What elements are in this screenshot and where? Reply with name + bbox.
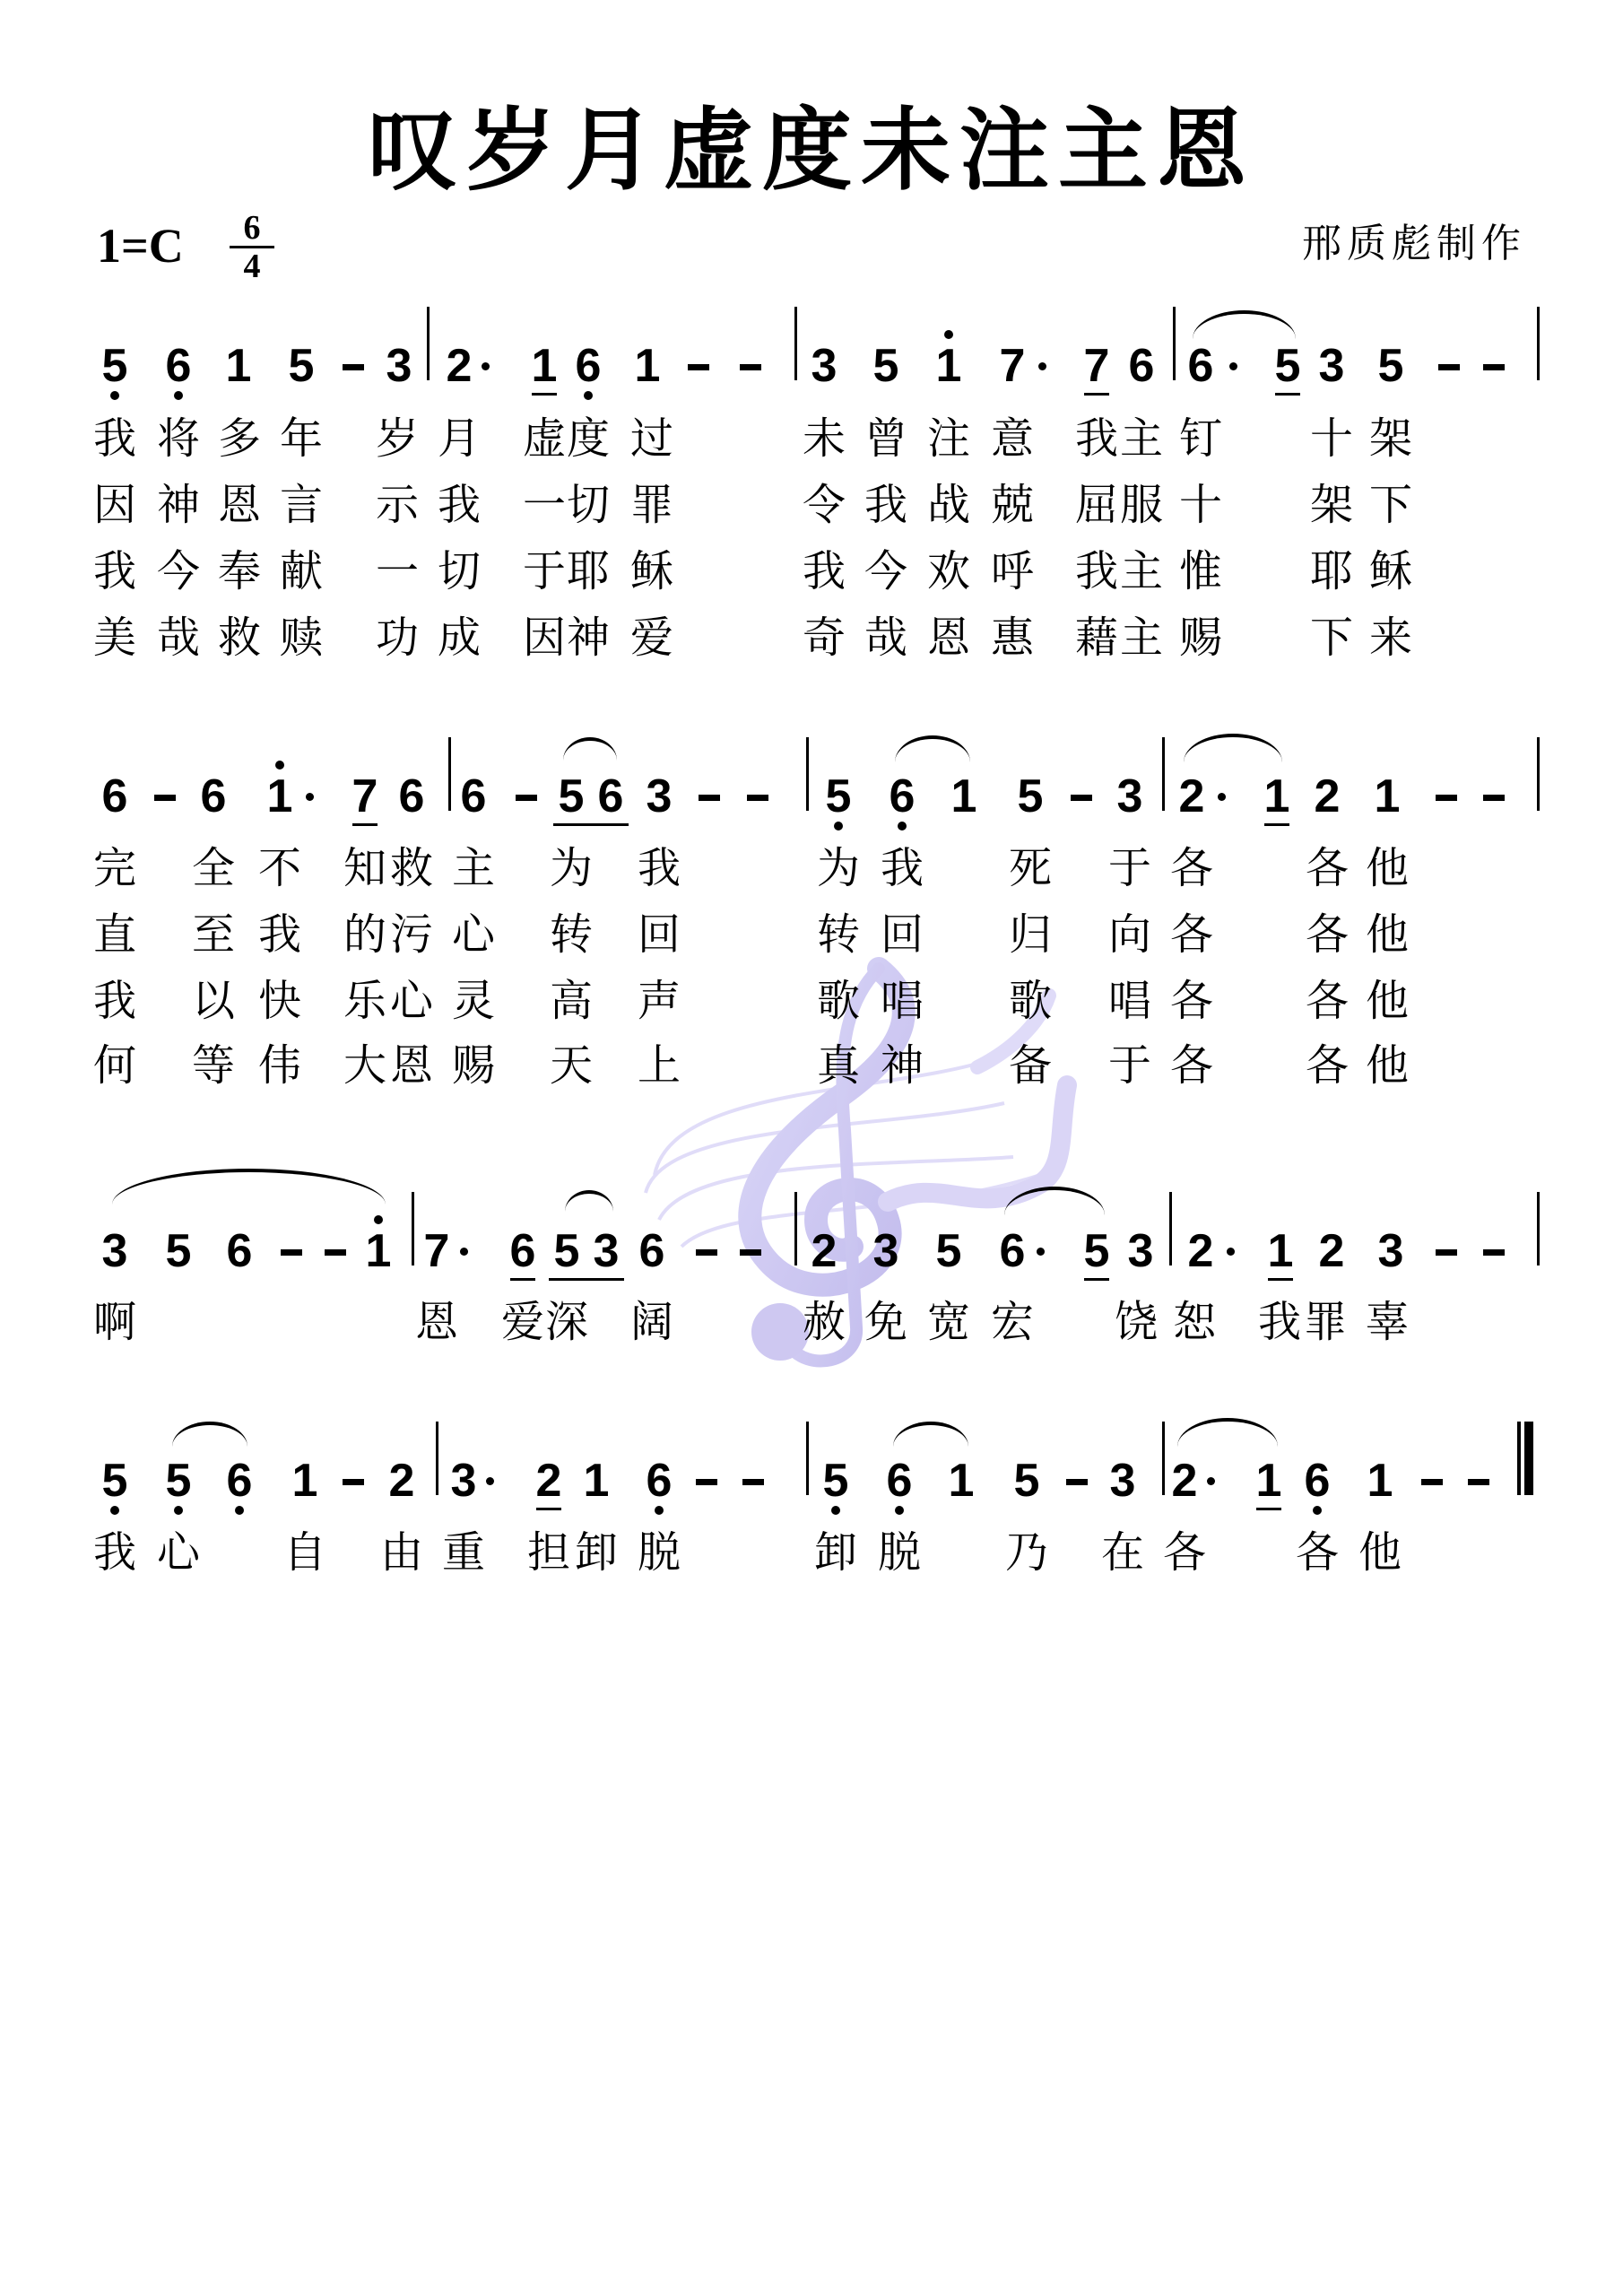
lyric-char: 我 xyxy=(861,480,911,530)
lyric-char: 转 xyxy=(813,909,864,960)
note-digit: 1 xyxy=(292,1455,318,1507)
lyric-char: 于 xyxy=(1105,1040,1155,1091)
note: 1 xyxy=(360,1228,396,1274)
note-digit: 6 xyxy=(598,770,624,822)
barline xyxy=(806,1422,809,1495)
lyric-char: 辜 xyxy=(1362,1297,1412,1347)
lyric-char: 在 xyxy=(1098,1527,1148,1578)
lyric-char: 年 xyxy=(276,413,326,464)
lyric-char: 我 xyxy=(1072,413,1122,464)
final-barline-thick xyxy=(1524,1422,1533,1495)
note: 5 xyxy=(161,1457,196,1504)
note-digit: 6 xyxy=(647,1455,673,1507)
lyric-char: 归 xyxy=(1005,909,1055,960)
note: 6 xyxy=(1299,1457,1335,1504)
low-octave-dot xyxy=(1313,1506,1322,1515)
high-octave-dot xyxy=(374,1215,383,1224)
lyric-char: 各 xyxy=(1167,909,1217,960)
lyric-char: 神 xyxy=(153,480,204,530)
note: 5 xyxy=(1373,343,1409,389)
lyric-char: 完 xyxy=(90,843,140,893)
lyric-char: 耶 xyxy=(1306,546,1357,596)
note-digit: 3 xyxy=(647,770,673,822)
note-digit: 5 xyxy=(289,340,315,392)
note-digit: 2 xyxy=(1319,1225,1345,1277)
lyric-char: 死 xyxy=(1005,843,1055,893)
note: 3 xyxy=(641,773,677,820)
low-octave-dot xyxy=(174,391,183,400)
note: 2 xyxy=(1167,1457,1202,1504)
lyric-char: 月 xyxy=(434,413,484,464)
lyric-char: 的 xyxy=(340,909,390,960)
note-digit: 3 xyxy=(1117,770,1143,822)
note: 1 xyxy=(262,773,298,820)
note-digit: 5 xyxy=(102,1455,128,1507)
lyric-char: 下 xyxy=(1366,480,1416,530)
note-digit: 1 xyxy=(1264,770,1290,822)
lyric-char: 快 xyxy=(255,976,305,1026)
note-digit: 6 xyxy=(639,1225,665,1277)
lyric-char: 高 xyxy=(546,976,596,1026)
lyric-char: 污 xyxy=(386,909,437,960)
barline xyxy=(1537,307,1540,380)
lyric-char: 全 xyxy=(188,843,239,893)
extension-dash xyxy=(343,364,364,370)
low-octave-dot xyxy=(895,1506,904,1515)
lyric-char: 于 xyxy=(1105,843,1155,893)
lyric-char: 由 xyxy=(377,1527,427,1578)
note-digit: 3 xyxy=(1319,340,1345,392)
lyric-char: 哉 xyxy=(153,613,204,663)
lyric-char: 我 xyxy=(1072,546,1122,596)
lyric-char: 将 xyxy=(153,413,204,464)
extension-dash xyxy=(1436,795,1457,801)
note: 6 xyxy=(505,1228,541,1274)
lyric-char: 虚 xyxy=(519,413,569,464)
note: 3 xyxy=(1105,1457,1141,1504)
lyric-char: 战 xyxy=(924,480,974,530)
note: 6 xyxy=(884,773,920,820)
note: 1 xyxy=(1369,773,1405,820)
lyric-char: 罪 xyxy=(1300,1297,1350,1347)
note-digit: 6 xyxy=(166,340,192,392)
lyric-char: 稣 xyxy=(627,546,677,596)
low-octave-dot xyxy=(898,822,907,831)
eighth-underline xyxy=(1256,1508,1281,1510)
lyric-char: 各 xyxy=(1159,1527,1210,1578)
note-digit: 6 xyxy=(890,770,916,822)
augmentation-dot xyxy=(1229,362,1237,370)
lyric-char: 恩 xyxy=(214,480,265,530)
lyric-char: 主 xyxy=(448,843,499,893)
lyric-char: 他 xyxy=(1355,1527,1405,1578)
note: 7 xyxy=(1079,343,1115,389)
low-octave-dot xyxy=(584,391,593,400)
lyric-char: 回 xyxy=(634,909,684,960)
note: 7 xyxy=(419,1228,455,1274)
lyric-char: 宏 xyxy=(987,1297,1037,1347)
note: 6 xyxy=(593,773,629,820)
note-digit: 5 xyxy=(166,1455,192,1507)
extension-dash xyxy=(1421,1479,1443,1485)
lyric-char: 因 xyxy=(90,480,140,530)
lyric-char: 钉 xyxy=(1176,413,1226,464)
lyric-char: 爱 xyxy=(627,613,677,663)
note: 5 xyxy=(1012,773,1048,820)
note: 5 xyxy=(1270,343,1306,389)
note-digit: 5 xyxy=(1018,770,1044,822)
lyric-char: 至 xyxy=(188,909,239,960)
note-digit: 3 xyxy=(102,1225,128,1277)
barline xyxy=(436,1422,438,1495)
low-octave-dot xyxy=(655,1506,664,1515)
low-octave-dot xyxy=(110,1506,119,1515)
barline xyxy=(427,307,430,380)
lyric-char: 服 xyxy=(1116,480,1167,530)
note-digit: 3 xyxy=(1110,1455,1136,1507)
lyric-char: 今 xyxy=(153,546,204,596)
lyric-char: 成 xyxy=(434,613,484,663)
barline xyxy=(1537,737,1540,811)
lyric-char: 未 xyxy=(799,413,849,464)
lyric-char: 藉 xyxy=(1072,613,1122,663)
lyric-char: 神 xyxy=(563,613,613,663)
note-digit: 2 xyxy=(536,1455,562,1507)
lyric-char: 献 xyxy=(276,546,326,596)
augmentation-dot xyxy=(482,362,490,370)
lyric-char: 为 xyxy=(546,843,596,893)
note: 1 xyxy=(1263,1228,1298,1274)
lyric-char: 阔 xyxy=(627,1297,677,1347)
note: 1 xyxy=(931,343,967,389)
lyric-char: 大 xyxy=(340,1040,390,1091)
note-digit: 1 xyxy=(635,340,661,392)
note-digit: 3 xyxy=(1378,1225,1404,1277)
lyric-char: 心 xyxy=(448,909,499,960)
note: 1 xyxy=(1362,1457,1398,1504)
note-digit: 7 xyxy=(1084,340,1110,392)
lyric-char: 呼 xyxy=(987,546,1037,596)
lyric-char: 啊 xyxy=(90,1297,140,1347)
lyric-char: 曾 xyxy=(861,413,911,464)
note: 2 xyxy=(806,1228,842,1274)
lyric-char: 他 xyxy=(1362,976,1412,1026)
note-digit: 6 xyxy=(1000,1225,1026,1277)
note: 3 xyxy=(806,343,842,389)
note: 1 xyxy=(526,343,562,389)
lyric-char: 唱 xyxy=(877,976,927,1026)
note-digit: 6 xyxy=(461,770,487,822)
augmentation-dot xyxy=(1227,1248,1235,1256)
note: 3 xyxy=(868,1228,904,1274)
lyric-char: 我 xyxy=(90,413,140,464)
extension-dash xyxy=(1071,795,1092,801)
lyric-char: 各 xyxy=(1302,1040,1352,1091)
eighth-underline xyxy=(1264,823,1289,826)
note: 6 xyxy=(881,1457,917,1504)
lyric-char: 各 xyxy=(1167,976,1217,1026)
note-digit: 6 xyxy=(227,1225,253,1277)
lyric-char: 救 xyxy=(386,843,437,893)
lyric-char: 各 xyxy=(1302,976,1352,1026)
lyric-char: 宽 xyxy=(924,1297,974,1347)
lyric-char: 天 xyxy=(546,1040,596,1091)
slur xyxy=(1004,1187,1105,1215)
lyric-char: 脱 xyxy=(634,1527,684,1578)
lyric-char: 知 xyxy=(340,843,390,893)
note: 6 xyxy=(221,1457,257,1504)
note: 1 xyxy=(1259,773,1295,820)
note: 1 xyxy=(1251,1457,1287,1504)
note: 5 xyxy=(868,343,904,389)
slur xyxy=(1184,734,1282,762)
note-digit: 1 xyxy=(1268,1225,1294,1277)
note: 6 xyxy=(221,1228,257,1274)
note: 6 xyxy=(161,343,196,389)
key-signature: 1=C xyxy=(97,219,184,273)
extension-dash xyxy=(1438,364,1460,370)
note: 3 xyxy=(1112,773,1148,820)
note-digit: 1 xyxy=(1367,1455,1393,1507)
note-digit: 2 xyxy=(1179,770,1205,822)
lyric-char: 卸 xyxy=(571,1527,621,1578)
lyric-char: 他 xyxy=(1362,1040,1412,1091)
note: 3 xyxy=(1373,1228,1409,1274)
note-digit: 2 xyxy=(811,1225,838,1277)
note: 2 xyxy=(1174,773,1210,820)
lyric-char: 伟 xyxy=(255,1040,305,1091)
lyric-char: 乃 xyxy=(1002,1527,1052,1578)
lyric-char: 功 xyxy=(372,613,422,663)
note-digit: 5 xyxy=(1084,1225,1110,1277)
note: 5 xyxy=(931,1228,967,1274)
lyric-char: 度 xyxy=(563,413,613,464)
augmentation-dot xyxy=(460,1248,468,1256)
note: 6 xyxy=(994,1228,1030,1274)
extension-dash xyxy=(1436,1249,1457,1256)
note-digit: 5 xyxy=(826,770,852,822)
note: 3 xyxy=(1314,343,1350,389)
eighth-underline xyxy=(1268,1278,1293,1281)
note-digit: 2 xyxy=(1172,1455,1198,1507)
barline xyxy=(1162,1422,1165,1495)
note-digit: 6 xyxy=(399,770,425,822)
note: 5 xyxy=(97,1457,133,1504)
lyric-char: 上 xyxy=(634,1040,684,1091)
low-octave-dot xyxy=(831,1506,840,1515)
song-title: 叹岁月虚度未注主恩 xyxy=(0,100,1623,199)
augmentation-dot xyxy=(1218,793,1226,801)
note: 2 xyxy=(384,1457,420,1504)
note: 6 xyxy=(634,1228,670,1274)
note-digit: 5 xyxy=(823,1455,849,1507)
note: 6 xyxy=(641,1457,677,1504)
barline xyxy=(794,1192,797,1265)
lyric-char: 十 xyxy=(1176,480,1226,530)
lyric-char: 深 xyxy=(542,1297,592,1347)
note-digit: 6 xyxy=(102,770,128,822)
author-credit: 邢质彪制作 xyxy=(1302,219,1526,269)
barline xyxy=(794,307,797,380)
lyric-char: 各 xyxy=(1292,1527,1342,1578)
eighth-underline xyxy=(553,823,629,826)
note-digit: 1 xyxy=(366,1225,392,1277)
lyric-char: 担 xyxy=(524,1527,574,1578)
lyric-char: 我 xyxy=(877,843,927,893)
time-signature-denominator: 4 xyxy=(230,250,274,283)
eighth-underline xyxy=(1084,1278,1109,1281)
note-digit: 5 xyxy=(1378,340,1404,392)
lyric-char: 一 xyxy=(372,546,422,596)
lyric-char: 架 xyxy=(1366,413,1416,464)
extension-dash xyxy=(281,1249,302,1256)
lyric-char: 为 xyxy=(813,843,864,893)
note-digit: 5 xyxy=(873,340,899,392)
lyric-char: 重 xyxy=(438,1527,489,1578)
note-digit: 5 xyxy=(559,770,585,822)
lyric-char: 十 xyxy=(1306,413,1357,464)
lyric-char: 过 xyxy=(627,413,677,464)
slur xyxy=(1177,1418,1278,1447)
note-digit: 5 xyxy=(936,1225,962,1277)
lyric-char: 示 xyxy=(372,480,422,530)
lyric-char: 令 xyxy=(799,480,849,530)
note: 6 xyxy=(1124,343,1159,389)
lyric-char: 下 xyxy=(1306,613,1357,663)
note: 1 xyxy=(946,773,982,820)
eighth-underline xyxy=(549,1278,624,1281)
lyric-char: 惟 xyxy=(1176,546,1226,596)
lyric-char: 不 xyxy=(255,843,305,893)
lyric-char: 免 xyxy=(861,1297,911,1347)
lyric-char: 多 xyxy=(214,413,265,464)
note-digit: 3 xyxy=(811,340,838,392)
lyric-char: 脱 xyxy=(874,1527,924,1578)
low-octave-dot xyxy=(834,822,843,831)
note-digit: 1 xyxy=(951,770,977,822)
note: 5 xyxy=(818,1457,854,1504)
lyric-char: 歌 xyxy=(813,976,864,1026)
note-digit: 6 xyxy=(1188,340,1214,392)
note: 5 xyxy=(283,343,319,389)
note: 3 xyxy=(1123,1228,1159,1274)
extension-dash xyxy=(343,1479,364,1485)
note: 1 xyxy=(943,1457,979,1504)
lyric-char: 切 xyxy=(563,480,613,530)
slur xyxy=(893,1422,968,1447)
low-octave-dot xyxy=(174,1506,183,1515)
lyric-char: 备 xyxy=(1005,1040,1055,1091)
lyric-char: 何 xyxy=(90,1040,140,1091)
extension-dash xyxy=(696,1249,717,1256)
extension-dash xyxy=(325,1249,346,1256)
lyric-char: 因 xyxy=(519,613,569,663)
lyric-char: 救 xyxy=(214,613,265,663)
extension-dash xyxy=(688,364,709,370)
augmentation-dot xyxy=(486,1477,494,1485)
lyric-char: 我 xyxy=(1254,1297,1305,1347)
lyric-char: 恩 xyxy=(924,613,974,663)
note: 2 xyxy=(531,1457,567,1504)
lyric-char: 意 xyxy=(987,413,1037,464)
lyric-char: 主 xyxy=(1116,413,1167,464)
lyric-char: 卸 xyxy=(811,1527,861,1578)
note-digit: 6 xyxy=(510,1225,536,1277)
note-digit: 2 xyxy=(447,340,473,392)
lyric-char: 稣 xyxy=(1366,546,1416,596)
augmentation-dot xyxy=(1038,362,1046,370)
lyric-char: 于 xyxy=(519,546,569,596)
lyric-char: 神 xyxy=(877,1040,927,1091)
extension-dash xyxy=(740,364,761,370)
note-digit: 6 xyxy=(1305,1455,1331,1507)
lyric-char: 饶 xyxy=(1111,1297,1161,1347)
lyric-char: 耶 xyxy=(563,546,613,596)
note-digit: 7 xyxy=(424,1225,450,1277)
eighth-underline xyxy=(1275,393,1300,396)
extension-dash xyxy=(1066,1479,1088,1485)
lyric-char: 各 xyxy=(1302,909,1352,960)
note: 1 xyxy=(629,343,665,389)
note: 5 xyxy=(553,773,589,820)
lyric-char: 我 xyxy=(90,1527,140,1578)
note: 6 xyxy=(570,343,606,389)
low-octave-dot xyxy=(110,391,119,400)
extension-dash xyxy=(1483,1249,1505,1256)
lyric-char: 我 xyxy=(255,909,305,960)
lyric-char: 言 xyxy=(276,480,326,530)
note-digit: 2 xyxy=(389,1455,415,1507)
time-signature: 6 4 xyxy=(230,212,274,283)
note-digit: 5 xyxy=(1275,340,1301,392)
lyric-char: 我 xyxy=(90,546,140,596)
note: 7 xyxy=(994,343,1030,389)
lyric-char: 唱 xyxy=(1105,976,1155,1026)
lyric-char: 歌 xyxy=(1005,976,1055,1026)
eighth-underline xyxy=(352,823,378,826)
note-digit: 1 xyxy=(949,1455,975,1507)
extension-dash xyxy=(740,1249,761,1256)
note: 5 xyxy=(820,773,856,820)
lyric-char: 乐 xyxy=(340,976,390,1026)
note-digit: 3 xyxy=(873,1225,899,1277)
lyric-char: 惠 xyxy=(987,613,1037,663)
lyric-char: 架 xyxy=(1306,480,1357,530)
extension-dash xyxy=(1483,364,1505,370)
lyric-char: 心 xyxy=(153,1527,204,1578)
note: 6 xyxy=(195,773,231,820)
lyric-char: 各 xyxy=(1167,1040,1217,1091)
note: 3 xyxy=(446,1457,482,1504)
slur xyxy=(172,1422,247,1447)
note-digit: 6 xyxy=(1129,340,1155,392)
note-digit: 7 xyxy=(352,770,378,822)
extension-dash xyxy=(742,1479,764,1485)
note-digit: 6 xyxy=(887,1455,913,1507)
lyric-char: 美 xyxy=(90,613,140,663)
note-digit: 1 xyxy=(584,1455,610,1507)
score-page: 叹岁月虚度未注主恩 1=C 6 4 邢质彪制作 5615321613517766… xyxy=(0,0,1623,2296)
lyric-char: 心 xyxy=(386,976,437,1026)
note: 7 xyxy=(347,773,383,820)
barline xyxy=(412,1192,414,1265)
note-digit: 2 xyxy=(1188,1225,1214,1277)
note-digit: 6 xyxy=(227,1455,253,1507)
lyric-char: 各 xyxy=(1302,843,1352,893)
note: 1 xyxy=(578,1457,614,1504)
augmentation-dot xyxy=(306,793,314,801)
note-digit: 3 xyxy=(386,340,412,392)
